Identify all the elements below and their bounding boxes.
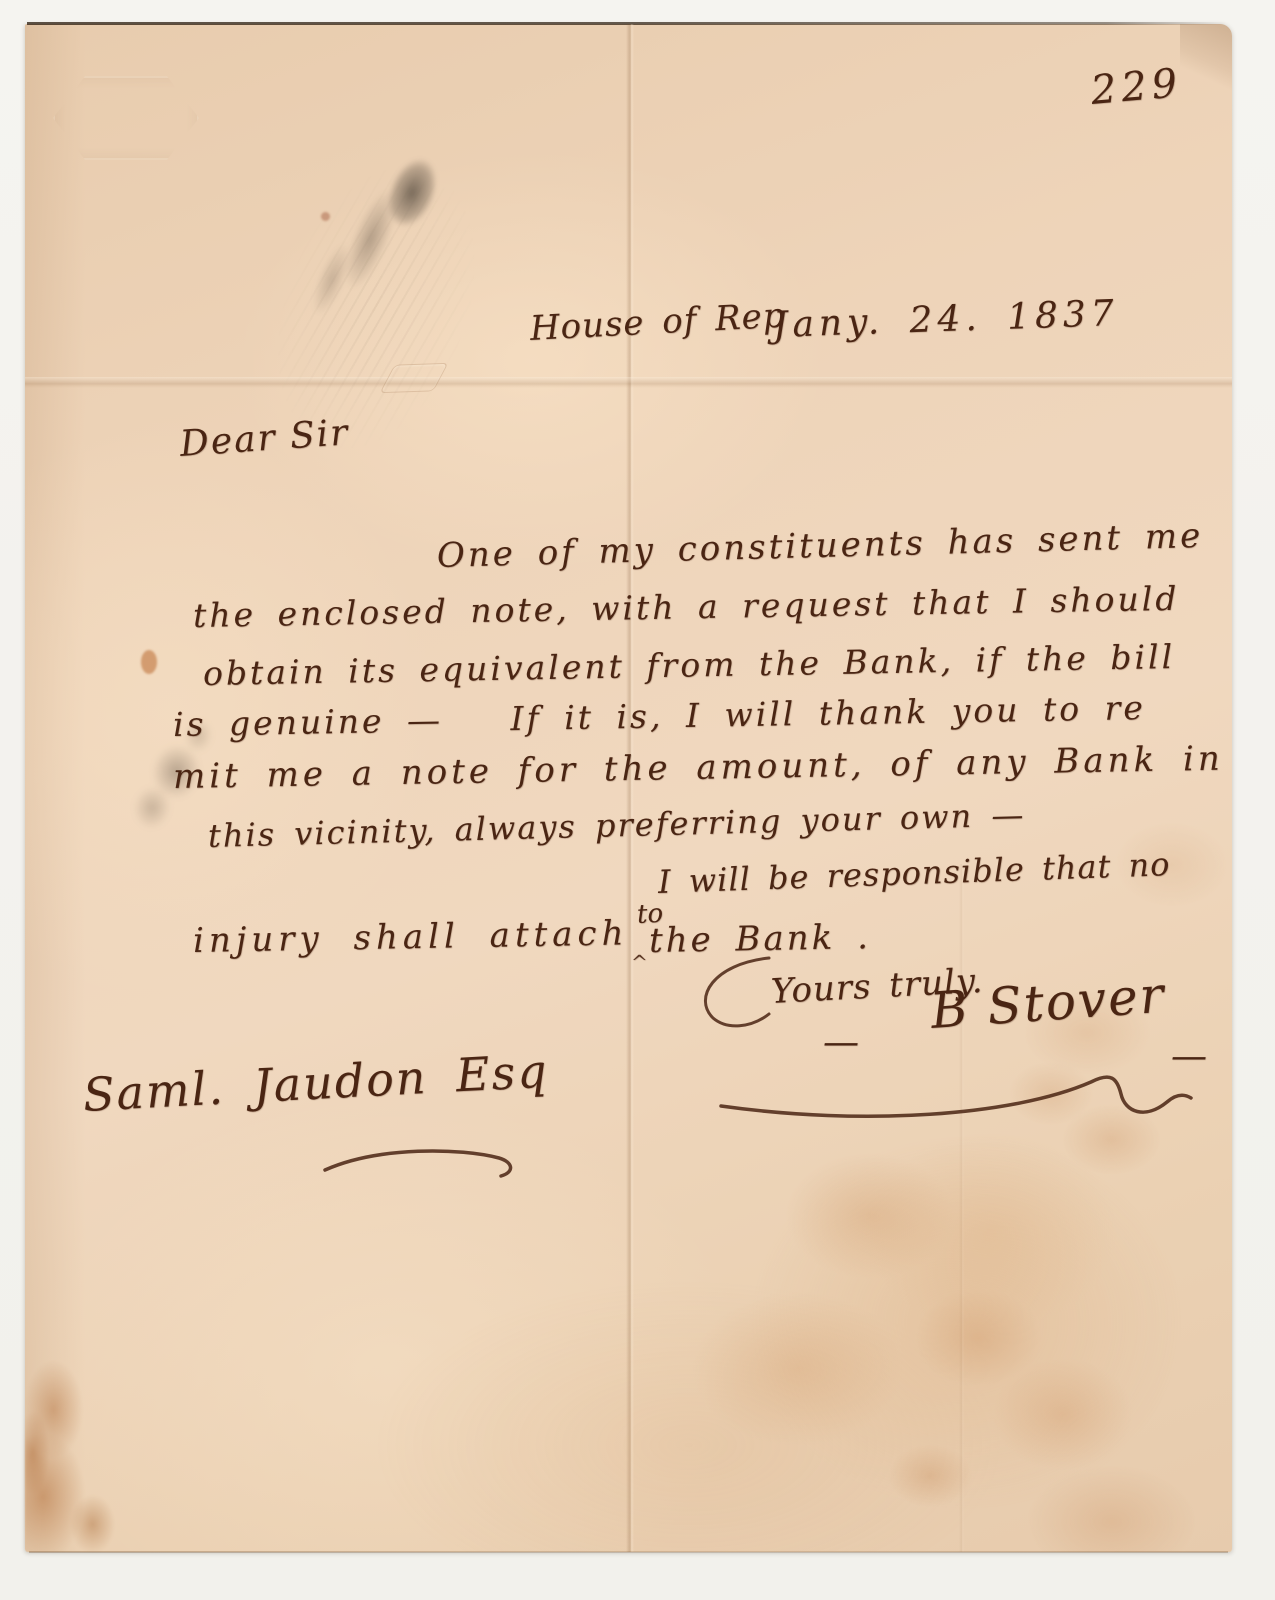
horizontal-fold-crease	[25, 377, 1232, 388]
body-line: the Bank .	[649, 917, 872, 961]
rust-spot-stain	[141, 650, 157, 674]
signature-dash: —	[823, 1022, 859, 1063]
addressee: Saml. Jaudon Esq	[82, 1044, 550, 1122]
letter-paper: 229 House of Rep Jany. 24. 1837 Dear Sir…	[25, 24, 1232, 1552]
addressee-underline-flourish	[319, 1138, 523, 1188]
embossed-stationery-crest	[53, 76, 199, 160]
body-line: injury shall attach	[193, 913, 629, 961]
dateline-date: Jany. 24. 1837	[772, 293, 1119, 346]
left-edge-water-stains	[25, 1354, 155, 1552]
body-line: is genuine — If it is, I will thank you …	[173, 688, 1147, 744]
letter-photo: 229 House of Rep Jany. 24. 1837 Dear Sir…	[0, 0, 1275, 1600]
body-line: the enclosed note, with a request that I…	[193, 579, 1180, 635]
ink-smudge-stain	[271, 124, 462, 344]
red-speck-stain	[321, 212, 330, 221]
body-line: I will be responsible that no	[657, 845, 1171, 901]
body-line: mit me a note for the amount, of any Ban…	[173, 739, 1224, 797]
salutation: Dear Sir	[179, 412, 351, 465]
signature-dash: —	[1171, 1036, 1207, 1077]
closing-flourish	[689, 952, 781, 1044]
insertion-caret: ^	[631, 950, 648, 974]
body-line: this vicinity, always preferring your ow…	[208, 796, 1026, 855]
dateline-place: House of Rep	[529, 296, 786, 349]
body-line: One of my constituents has sent me	[436, 516, 1203, 576]
page-number: 229	[1089, 60, 1184, 114]
body-line: obtain its equivalent from the Bank, if …	[203, 637, 1176, 693]
ink-smudge-streaks	[186, 142, 507, 577]
signature-underline-flourish	[713, 1060, 1213, 1132]
corner-fold-crease	[1180, 24, 1232, 108]
diamond-crease-mark	[379, 363, 448, 393]
